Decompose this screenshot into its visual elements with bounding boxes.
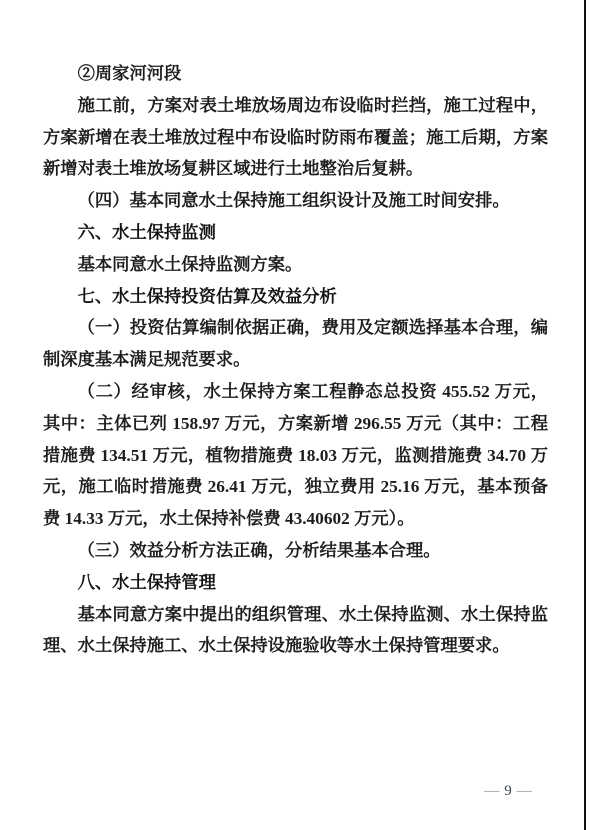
footer-dash-right: — (512, 783, 537, 799)
paragraph: ②周家河河段 (43, 58, 548, 90)
scan-edge-line (584, 0, 586, 830)
paragraph: 施工前，方案对表土堆放场周边布设临时拦挡，施工过程中，方案新增在表土堆放过程中布… (43, 90, 548, 185)
page-number: 9 (504, 783, 512, 799)
document-page: ②周家河河段施工前，方案对表土堆放场周边布设临时拦挡，施工过程中，方案新增在表土… (0, 0, 590, 830)
page-footer: —9— (468, 781, 548, 801)
paragraph: 基本同意水土保持监测方案。 (43, 249, 548, 281)
paragraph: 基本同意方案中提出的组织管理、水土保持监测、水土保持监理、水土保持施工、水土保持… (43, 599, 548, 663)
paragraph: （二）经审核，水土保持方案工程静态总投资 455.52 万元，其中：主体已列 1… (43, 376, 548, 535)
paragraph: （三）效益分析方法正确，分析结果基本合理。 (43, 535, 548, 567)
paragraph: （四）基本同意水土保持施工组织设计及施工时间安排。 (43, 185, 548, 217)
section-heading: 六、水土保持监测 (43, 217, 548, 249)
paragraph: （一）投资估算编制依据正确，费用及定额选择基本合理，编制深度基本满足规范要求。 (43, 312, 548, 376)
document-body: ②周家河河段施工前，方案对表土堆放场周边布设临时拦挡，施工过程中，方案新增在表土… (43, 58, 548, 662)
section-heading: 八、水土保持管理 (43, 567, 548, 599)
footer-dash-left: — (479, 783, 504, 799)
section-heading: 七、水土保持投资估算及效益分析 (43, 281, 548, 313)
